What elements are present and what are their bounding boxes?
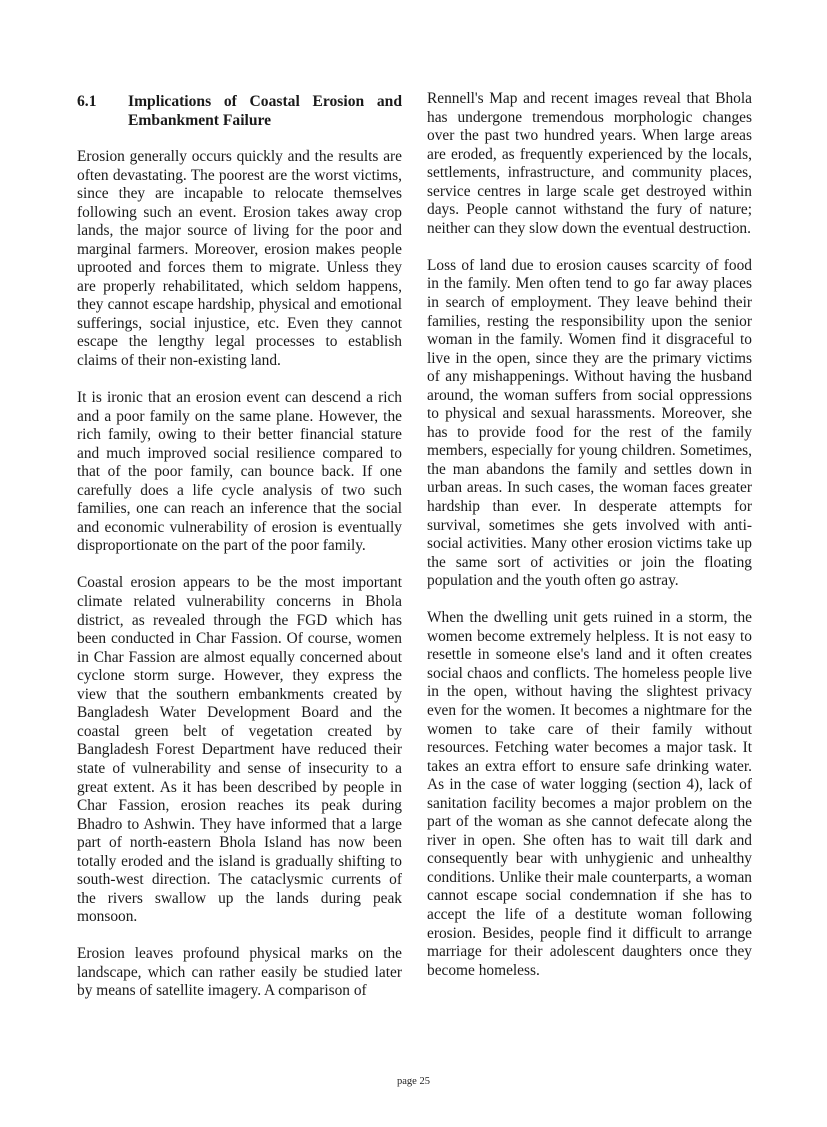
section-heading: 6.1 Implications of Coastal Erosion and … bbox=[77, 92, 402, 130]
document-page: 6.1 Implications of Coastal Erosion and … bbox=[0, 0, 827, 1127]
paragraph: Erosion leaves profound physical marks o… bbox=[77, 945, 402, 1001]
section-number: 6.1 bbox=[77, 92, 128, 130]
paragraph: Rennell's Map and recent images reveal t… bbox=[427, 90, 752, 238]
paragraph: Loss of land due to erosion causes scarc… bbox=[427, 257, 752, 591]
paragraph: It is ironic that an erosion event can d… bbox=[77, 389, 402, 556]
paragraph: When the dwelling unit gets ruined in a … bbox=[427, 609, 752, 980]
page-number: page 25 bbox=[0, 1076, 827, 1087]
section-title: Implications of Coastal Erosion and Emba… bbox=[128, 92, 402, 130]
paragraph: Coastal erosion appears to be the most i… bbox=[77, 574, 402, 926]
left-column: 6.1 Implications of Coastal Erosion and … bbox=[77, 92, 402, 1020]
paragraph: Erosion generally occurs quickly and the… bbox=[77, 148, 402, 371]
right-column: Rennell's Map and recent images reveal t… bbox=[427, 90, 752, 999]
